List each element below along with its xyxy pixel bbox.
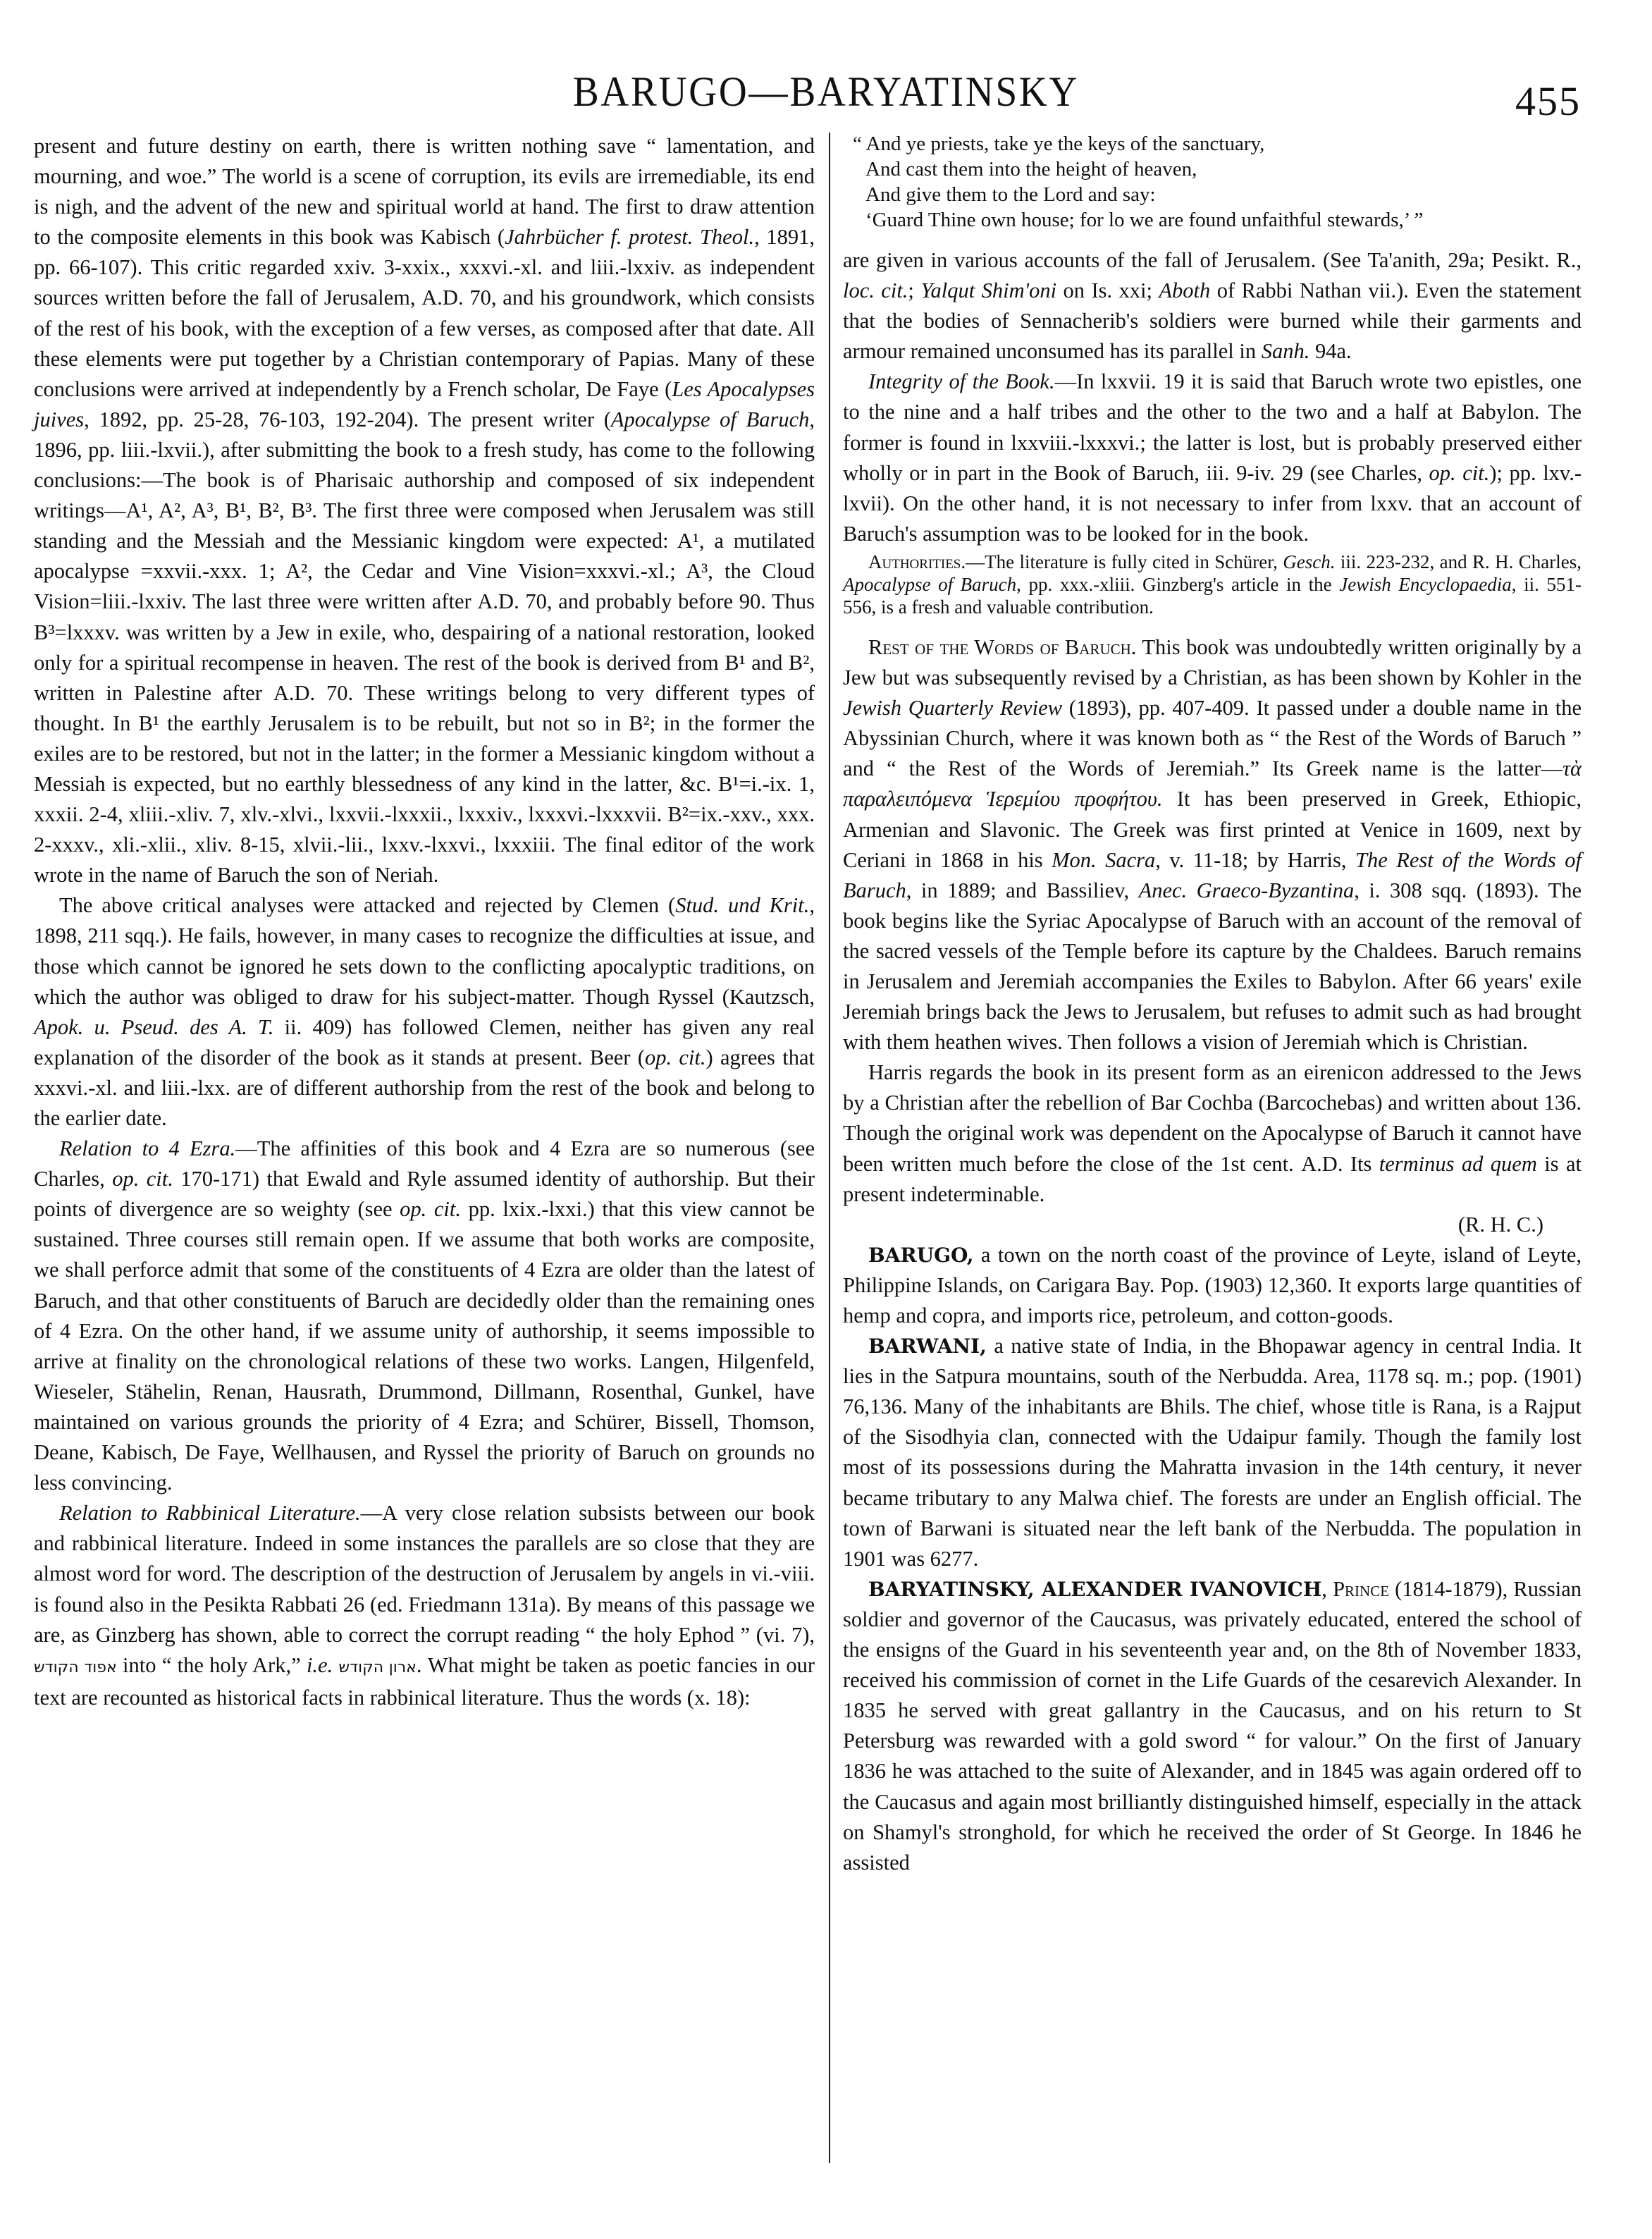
- column-divider: [829, 133, 830, 2163]
- paragraph-relation-to-ezra: Relation to 4 Ezra.—The affinities of th…: [34, 1134, 815, 1498]
- verse-line: ‘Guard Thine own house; for lo we are fo…: [843, 207, 1582, 233]
- section-heading: Relation to 4 Ezra.: [59, 1136, 235, 1160]
- running-title: BARUGO—BARYATINSKY: [66, 68, 1586, 116]
- verse-line: And give them to the Lord and say:: [843, 182, 1582, 207]
- headword: BARYATINSKY, ALEXANDER IVANOVICH: [868, 1578, 1321, 1601]
- section-heading: Relation to Rabbinical Literature.: [59, 1501, 361, 1525]
- citation-title: Apocalypse of Baruch: [611, 407, 809, 431]
- authorities-note: Authorities.—The literature is fully cit…: [843, 551, 1582, 618]
- citation-title: Apok. u. Pseud. des A. T.: [34, 1015, 273, 1039]
- verse-quotation: “ And ye priests, take ye the keys of th…: [843, 131, 1582, 233]
- left-column: present and future destiny on earth, the…: [34, 131, 815, 1713]
- authorities-label: Authorities.: [868, 551, 966, 572]
- entry-baryatinsky: BARYATINSKY, ALEXANDER IVANOVICH, Prince…: [843, 1574, 1582, 1878]
- hebrew-text: ארון הקודש: [339, 1659, 417, 1676]
- entry-barwani: BARWANI, a native state of India, in the…: [843, 1331, 1582, 1574]
- page-number: 455: [1515, 78, 1581, 125]
- paragraph-rest-of-words-of-baruch: Rest of the Words of Baruch. This book w…: [843, 632, 1582, 1057]
- honorific: Prince: [1333, 1577, 1389, 1601]
- citation-title: op. cit.: [645, 1045, 706, 1069]
- paragraph-accounts-of-fall: are given in various accounts of the fal…: [843, 245, 1582, 367]
- verse-line: And cast them into the height of heaven,: [843, 157, 1582, 182]
- paragraph-composite-elements: present and future destiny on earth, the…: [34, 131, 815, 890]
- citation-title: Jahrbücher f. protest. Theol.: [505, 225, 754, 249]
- right-column: “ And ye priests, take ye the keys of th…: [843, 131, 1582, 1878]
- author-signature: (R. H. C.): [843, 1210, 1582, 1240]
- paragraph-relation-to-rabbinical-literature: Relation to Rabbinical Literature.—A ver…: [34, 1498, 815, 1713]
- section-heading: Rest of the Words of Baruch.: [868, 635, 1136, 659]
- paragraph-integrity-of-book: Integrity of the Book.—In lxxvii. 19 it …: [843, 367, 1582, 549]
- section-heading: Integrity of the Book.: [868, 369, 1055, 393]
- headword: BARUGO,: [868, 1244, 974, 1267]
- entry-barugo: BARUGO, a town on the north coast of the…: [843, 1240, 1582, 1331]
- page-header: BARUGO—BARYATINSKY 455: [0, 62, 1652, 125]
- citation-title: Stud. und Krit.: [675, 893, 809, 917]
- hebrew-text: אפוד הקודש: [34, 1659, 117, 1676]
- headword: BARWANI,: [868, 1335, 987, 1358]
- paragraph-harris-eirenicon: Harris regards the book in its present f…: [843, 1057, 1582, 1209]
- verse-line: “ And ye priests, take ye the keys of th…: [843, 131, 1582, 157]
- paragraph-clemen-critique: The above critical analyses were attacke…: [34, 890, 815, 1134]
